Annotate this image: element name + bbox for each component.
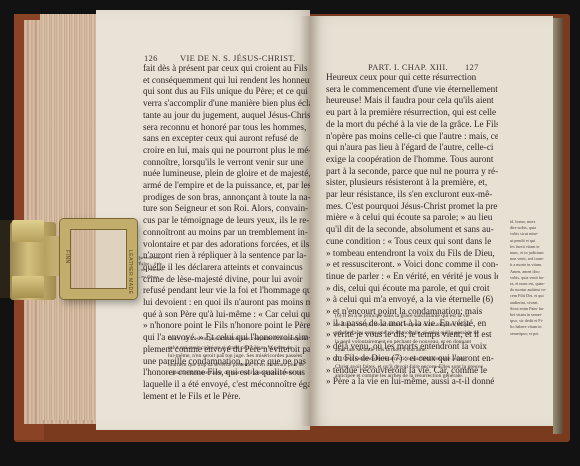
text-line: Heureux ceux pour qui cette résurrection [326, 72, 498, 84]
footnote-line: Christ avoit faites, et qu'il devoit fai… [335, 363, 499, 372]
footnote-line: » justifie d'avance l'arrêt de mort qu'i… [168, 369, 310, 378]
text-line: cus par le témoignage de leurs yeux, ils… [143, 215, 310, 227]
brass-clasp [60, 219, 137, 299]
text-line: » et ressusciteront. » Voici donc comme … [326, 259, 498, 271]
right-footnote: (6) Il en a le principe dans la grâce sa… [335, 312, 499, 380]
left-margin-note: Qui nous honore- l'Église... il n'a ... … [137, 255, 165, 280]
text-line: part à la seconde, parce que nul ne pour… [326, 166, 498, 178]
text-line: fait dès à présent par ceux qui croient … [143, 63, 310, 75]
footnote-line: lui-même, n'en seroit pas ton juge. Ses … [168, 352, 310, 361]
footnote-line: fance? Et n'est-on pas mille fois plus c… [168, 335, 310, 344]
text-line: de la mort du péché à la vie de la grâce… [326, 119, 498, 131]
left-running-head: VIE DE N. S. JÉSUS-CHRIST. [180, 53, 296, 63]
footnote-line: anticipée et comme les arrhes de la résu… [335, 372, 499, 381]
side-line: semetipso; et pot. [510, 331, 550, 337]
text-line: verra s'accomplir d'une manière bien plu… [143, 98, 310, 110]
text-line: connoître, lorsqu'ils le verront venir s… [143, 157, 310, 169]
left-footnote: fance? Et n'est-on pas mille fois plus c… [168, 335, 310, 378]
text-line: qu'il dit de la seconde, absolument et s… [326, 224, 498, 236]
text-line: qui sont dus au Fils unique du Père; et … [143, 86, 310, 98]
text-line: » tombeau entendront la voix du Fils de … [326, 248, 498, 260]
text-line: sera le commencement d'une vie éternelle… [326, 84, 498, 96]
text-line: sister, plusieurs résisteront à la premi… [326, 177, 498, 189]
footnote-line: salut qui avoit coûté un si grand prix? … [168, 344, 310, 353]
text-line: prodiges de son bras, annonçant à toute … [143, 192, 310, 204]
clasp-hinge-top [12, 220, 44, 242]
footnote-line: de l'âme, vie qui, de sa nature, est pou… [335, 321, 499, 330]
text-line: crime de lèse-majesté divine, pour lui a… [143, 274, 310, 286]
right-side-column: id. homo, mors dire nobis, quia vobis si… [510, 219, 550, 337]
text-line: » dis, celui qui écoute ma parole, et qu… [326, 283, 498, 295]
right-running-head: PART. I. CHAP. XIII. [368, 62, 448, 72]
text-line: tinue de parler : « En vérité, en vérité… [326, 271, 498, 283]
text-line: et conséquemment qui lui rendent les hon… [143, 75, 310, 87]
text-line: lui devoient : en quoi ils n'auront pas … [143, 297, 310, 309]
page-edges-right [553, 18, 563, 434]
text-line: qui n'aura pas lieu à l'égard de l'autre… [326, 142, 498, 154]
text-line: » à celui qui m'a envoyé, a la vie étern… [326, 294, 498, 306]
text-line: nuée lumineuse, plein de gloire et de ma… [143, 168, 310, 180]
clasp-engraving-right: LEATHER MADE [127, 250, 133, 295]
text-line: » n'honore point le Fils n'honore point … [143, 320, 310, 332]
text-line: connoîtront au moins par un tremblement … [143, 227, 310, 239]
text-line: mes. C'est pourquoi Jésus-Christ promet … [326, 201, 498, 213]
text-line: sera reconnu et honoré par tous les homm… [143, 122, 310, 134]
text-line: refusé pendant leur vie la foi et l'homm… [143, 285, 310, 297]
text-line: volontaire et par des adorations forcées… [143, 239, 310, 251]
text-line: laquelle il a été envoyé, c'est méconnoî… [143, 379, 310, 391]
text-line: mière « à celui qui écoute sa parole; » … [326, 212, 498, 224]
text-line: par leur résistance, ils s'en excluront … [326, 189, 498, 201]
text-line: lement et le Fils et le Père. [143, 391, 310, 403]
text-line: heureuse! Mais il faudra pour cela qu'il… [326, 95, 498, 107]
footnote-line: tournent que trop sa sévérité présente, … [168, 361, 310, 370]
text-line: n'auront rien à répliquer à la sentence … [143, 250, 310, 262]
text-line: eu part à la première résurrection, qui … [326, 107, 498, 119]
text-line: tante au jour du jugement, auquel Jésus-… [143, 110, 310, 122]
clasp-hinge-bottom [12, 276, 44, 298]
margin-note-line: ... est illustre. [137, 274, 165, 280]
text-line: qué à son Père qu'à lui-même : « Car cel… [143, 309, 310, 321]
footnote-line: ainsi une seconde fois la mort à son âme… [335, 346, 499, 355]
right-page-number: 127 [465, 62, 479, 72]
margin-note-line: ... nos Pasteurs, [137, 267, 165, 273]
text-line: croire en lui, mais qui ne pourront plus… [143, 145, 310, 157]
footnote-line: (7) Ceci s'entend des résurrections part… [335, 355, 499, 364]
left-page-number: 126 [144, 53, 158, 63]
page-edges-left [40, 14, 96, 420]
footnote-line: (6) Il en a le principe dans la grâce sa… [335, 312, 499, 321]
text-line: ture son Seigneur et son Roi. Alors, con… [143, 203, 310, 215]
footnote-line: procurera au corps une vie immortelle, s… [335, 329, 499, 338]
text-line: n'opère pas moins celle-ci que l'autre :… [326, 131, 498, 143]
text-line: quelle il les déclarera atteints et conv… [143, 262, 310, 274]
text-line: exige la coopération de l'homme. Tous au… [326, 154, 498, 166]
text-line: sans en excepter ceux qui auront refusé … [143, 133, 310, 145]
text-line: cune condition : « Tous ceux qui sont da… [326, 236, 498, 248]
footnote-line: la perd volontairement en péchant de nou… [335, 338, 499, 347]
clasp-engraving-left: FINN [64, 250, 70, 264]
text-line: armé de l'empire et de la puissance, et,… [143, 180, 310, 192]
